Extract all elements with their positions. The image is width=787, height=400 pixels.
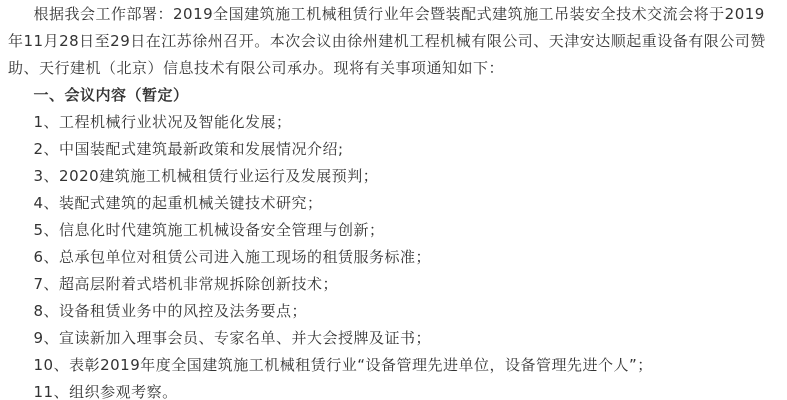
- agenda-item-8: 8、设备租赁业务中的风控及法务要点；: [8, 298, 777, 325]
- notice-document: 根据我会工作部署：2019全国建筑施工机械租赁行业年会暨装配式建筑施工吊装安全技…: [0, 0, 787, 400]
- agenda-item-10: 10、表彰2019年度全国建筑施工机械租赁行业“设备管理先进单位，设备管理先进个…: [8, 352, 777, 379]
- agenda-item-6: 6、总承包单位对租赁公司进入施工现场的租赁服务标准；: [8, 244, 777, 271]
- agenda-item-11: 11、组织参观考察。: [8, 379, 777, 400]
- notice-intro-paragraph: 根据我会工作部署：2019全国建筑施工机械租赁行业年会暨装配式建筑施工吊装安全技…: [8, 1, 777, 82]
- agenda-item-1: 1、工程机械行业状况及智能化发展；: [8, 109, 777, 136]
- agenda-item-5: 5、信息化时代建筑施工机械设备安全管理与创新；: [8, 217, 777, 244]
- agenda-item-4: 4、装配式建筑的起重机械关键技术研究；: [8, 190, 777, 217]
- agenda-item-7: 7、超高层附着式塔机非常规拆除创新技术；: [8, 271, 777, 298]
- agenda-item-2: 2、中国装配式建筑最新政策和发展情况介绍;: [8, 136, 777, 163]
- agenda-item-3: 3、2020建筑施工机械租赁行业运行及发展预判；: [8, 163, 777, 190]
- agenda-item-9: 9、宣读新加入理事会员、专家名单、并大会授牌及证书；: [8, 325, 777, 352]
- agenda-section-heading: 一、会议内容（暂定）: [8, 82, 777, 109]
